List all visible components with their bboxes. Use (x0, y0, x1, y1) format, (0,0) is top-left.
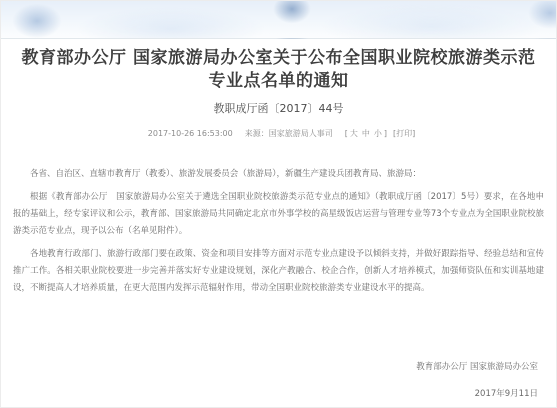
print-button[interactable]: [打印] (393, 129, 415, 138)
salutation: 各省、自治区、直辖市教育厅（教委）、旅游发展委员会（旅游局），新疆生产建设兵团教… (13, 166, 544, 183)
document-page: 教育部办公厅 国家旅游局办公室关于公布全国职业院校旅游类示范专业点名单的通知 教… (0, 0, 557, 408)
font-size-controls: [大中小] (345, 129, 387, 138)
document-body: 各省、自治区、直辖市教育厅（教委）、旅游发展委员会（旅游局），新疆生产建设兵团教… (13, 166, 544, 297)
page-title: 教育部办公厅 国家旅游局办公室关于公布全国职业院校旅游类示范专业点名单的通知 (13, 47, 544, 93)
bracket-open: [ (345, 129, 348, 138)
font-size-small-button[interactable]: 小 (374, 129, 382, 138)
signature-issuer: 教育部办公厅 国家旅游局办公室 (416, 359, 538, 376)
publish-datetime: 2017-10-26 16:53:00 (148, 129, 233, 138)
body-paragraph-2: 各地教育行政部门、旅游行政部门要在政策、资金和项目安排等方面对示范专业点建设予以… (13, 246, 544, 297)
bracket-close: ] (384, 129, 387, 138)
signature-date: 2017年9月11日 (416, 386, 538, 403)
document-number: 教职成厅函〔2017〕44号 (1, 100, 556, 116)
signature-block: 教育部办公厅 国家旅游局办公室 2017年9月11日 (416, 359, 538, 403)
source-label: 来源：国家旅游局人事司 (245, 129, 333, 138)
font-size-large-button[interactable]: 大 (350, 129, 358, 138)
meta-bar: 2017-10-26 16:53:00来源：国家旅游局人事司[大中小][打印] (1, 128, 556, 139)
header-banner-watercolor (1, 1, 556, 39)
font-size-medium-button[interactable]: 中 (362, 129, 370, 138)
body-paragraph-1: 根据《教育部办公厅 国家旅游局办公室关于遴选全国职业院校旅游类示范专业点的通知》… (13, 189, 544, 240)
